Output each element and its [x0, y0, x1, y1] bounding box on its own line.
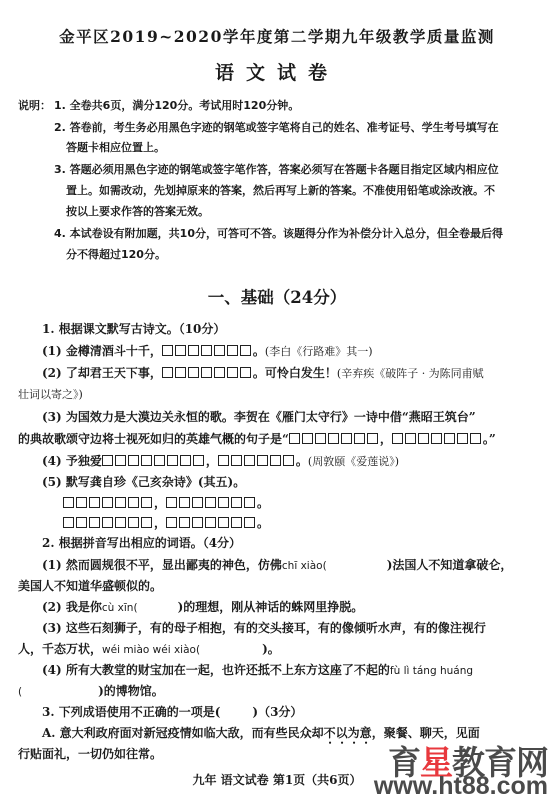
exam-title: 金平区2019~2020学年度第二学期九年级教学质量监测 [0, 25, 554, 47]
question-part-2: (2) 我是你cù xīn()的理想，刚从神话的蛛网里挣脱。 [42, 598, 363, 615]
subject-title: 语文试卷 [0, 58, 554, 85]
option-a-line2: 行贴面礼，一切仍如往常。 [18, 745, 162, 762]
answer-line: ，。 [63, 494, 269, 511]
pinyin: cù xīn [102, 602, 134, 614]
pinyin: fù lì táng huáng [390, 665, 473, 677]
instruction-item: 按以上要求作答的答案无效。 [66, 203, 209, 219]
source-citation: (周敦颐《爱莲说》) [308, 455, 399, 468]
instruction-item: 置上。如需改动，先划掉原来的答案，然后再写上新的答案。不准使用铅笔或涂改液。不 [66, 182, 495, 198]
question-part-2: (2) 了却君王天下事，。可怜白发生！(辛弃疾《破阵子 · 为陈同甫赋 [42, 364, 484, 381]
source-citation: (李白《行路难》其一) [265, 345, 373, 358]
question-part-5: (5) 默写龚自珍《己亥杂诗》(其五)。 [42, 473, 245, 490]
instruction-item: 3. 答题必须用黑色字迹的钢笔或签字笔作答，答案必须写在答题卡各题目指定区域内相… [54, 161, 499, 177]
source-citation: 壮词以寄之》) [18, 386, 83, 402]
question-stem: 2. 根据拼音写出相应的词语。（4分） [42, 534, 241, 551]
question-part-1: (1) 金樽清酒斗十千，。(李白《行路难》其一) [42, 342, 373, 359]
question-part-3-line2: 人，千态万状，wéi miào wéi xiào()。 [18, 640, 280, 657]
answer-line: ，。 [63, 514, 269, 531]
instructions-label: 说明： [18, 97, 51, 113]
emphasized-idiom: 不以为意 [324, 726, 372, 740]
pinyin: wéi miào wéi xiào [102, 644, 196, 656]
answer-boxes[interactable] [63, 516, 154, 530]
question-part-4-line2: ()的博物馆。 [18, 682, 164, 699]
question-part-3: (3) 这些石刻狮子，有的母子相抱，有的交头接耳，有的像倾听水声，有的像注视行 [42, 619, 486, 636]
question-stem: 1. 根据课文默写古诗文。（10分） [42, 320, 225, 337]
answer-boxes[interactable] [289, 432, 380, 446]
section-title: 一、基础（24分） [0, 284, 554, 308]
answer-boxes[interactable] [162, 366, 253, 380]
answer-boxes[interactable] [63, 496, 154, 510]
question-part-1-line2: 美国人不知道华盛顿似的。 [18, 577, 162, 594]
question-part-4: (4) 予独爱，。(周敦颐《爱莲说》) [42, 452, 399, 469]
answer-boxes[interactable] [166, 496, 257, 510]
question-part-4: (4) 所有大教堂的财宝加在一起，也许还抵不上东方这座了不起的fù lì tán… [42, 661, 473, 678]
watermark-url: www.ht88.com [374, 772, 548, 798]
answer-boxes[interactable] [162, 344, 253, 358]
question-part-1: (1) 然而圆规很不平，显出鄙夷的神色，仿佛chī xiào()法国人不知道拿破… [42, 556, 512, 573]
instruction-item: 4. 本试卷设有附加题，共10分，可答可不答。该题得分作为补偿分计入总分，但全卷… [54, 225, 503, 241]
question-part-3-line2: 的典故歌颂守边将士视死如归的英雄气概的句子是“，。” [18, 430, 496, 447]
answer-boxes[interactable] [392, 432, 483, 446]
answer-boxes[interactable] [166, 516, 257, 530]
source-citation: (辛弃疾《破阵子 · 为陈同甫赋 [337, 367, 484, 380]
instruction-item: 答题卡相应位置上。 [66, 139, 165, 155]
answer-boxes[interactable] [218, 454, 296, 468]
instruction-item: 2. 答卷前，考生务必用黑色字迹的钢笔或签字笔将自己的姓名、准考证号、学生考号填… [54, 119, 499, 135]
instruction-item: 1. 全卷共6页，满分120分。考试用时120分钟。 [54, 97, 299, 113]
answer-boxes[interactable] [102, 454, 206, 468]
pinyin: chī xiào [282, 560, 323, 572]
question-part-3: (3) 为国效力是大漠边关永恒的歌。李贺在《雁门太守行》一诗中借“燕昭王筑台” [42, 408, 476, 425]
instruction-item: 分不得超过120分。 [66, 246, 166, 262]
question-stem: 3. 下列成语使用不正确的一项是()（3分） [42, 703, 302, 720]
